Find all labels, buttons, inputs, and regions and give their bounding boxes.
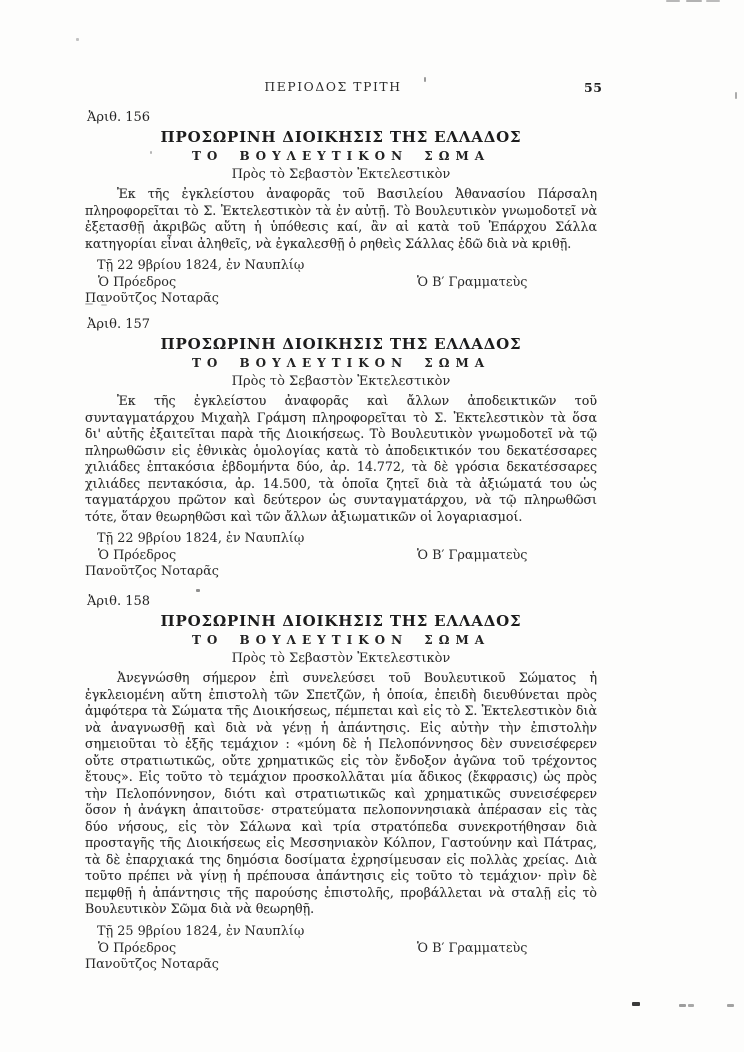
date-line: Τῇ 22 9βρίου 1824, ἐν Ναυπλίῳ [97, 258, 597, 274]
scan-speck [686, 0, 702, 2]
date-line: Τῇ 25 9βρίου 1824, ἐν Ναυπλίῳ [97, 924, 597, 940]
scan-speck [196, 589, 200, 592]
running-header-title: ΠΕΡΙΟΔΟΣ ΤΡΙΤΗ [85, 80, 581, 94]
president-label: Ὁ Πρόεδρος [98, 941, 176, 957]
date-line: Τῇ 22 9βρίου 1824, ἐν Ναυπλίῳ [97, 531, 597, 547]
scan-speck [735, 92, 737, 99]
scan-speck [85, 303, 93, 305]
scan-speck [688, 1004, 694, 1007]
document-title: ΠΡΟΣΩΡΙΝΗ ΔΙΟΙΚΗΣΙΣ ΤΗΣ ΕΛΛΑΔΟΣ [85, 128, 597, 146]
scanned-document-page: ΠΕΡΙΟΔΟΣ ΤΡΙΤΗ 55 Ἀριθ. 156 ΠΡΟΣΩΡΙΝΗ ΔΙ… [0, 0, 744, 1052]
signature-row: Ὁ Πρόεδρος Ὁ Β′ Γραμματεὺς [85, 275, 597, 291]
salutation-line: Πρὸς τὸ Σεβαστὸν Ἐκτελεστικὸν [85, 167, 597, 183]
issuing-body-heading: ΤΟ ΒΟΥΛΕΥΤΙΚΟΝ ΣΩΜΑ [85, 633, 597, 648]
signature-row: Ὁ Πρόεδρος Ὁ Β′ Γραμματεὺς [85, 548, 597, 564]
document-number: Ἀριθ. 158 [87, 594, 597, 610]
body-paragraph: Ἀνεγνώσθη σήμερον ἐπὶ συνελεύσει τοῦ Βου… [85, 670, 597, 918]
secretary-label: Ὁ Β′ Γραμματεὺς [417, 548, 527, 564]
scan-speck [706, 0, 720, 2]
scan-speck [632, 1002, 640, 1006]
salutation-line: Πρὸς τὸ Σεβαστὸν Ἐκτελεστικὸν [85, 374, 597, 390]
scan-speck [150, 151, 152, 154]
secretary-label: Ὁ Β′ Γραμματεὺς [417, 275, 527, 291]
issuing-body-heading: ΤΟ ΒΟΥΛΕΥΤΙΚΟΝ ΣΩΜΑ [85, 149, 597, 164]
scan-speck [101, 304, 107, 306]
body-paragraph: Ἐκ τῆς ἐγκλείστου ἀναφορᾶς καὶ ἄλλων ἀπο… [85, 393, 597, 525]
president-signature-name: Πανοῦτζος Νοταρᾶς [85, 291, 597, 307]
body-paragraph: Ἐκ τῆς ἐγκλείστου ἀναφορᾶς τοῦ Βασιλείου… [85, 186, 597, 252]
scan-speck [727, 1004, 734, 1007]
signature-row: Ὁ Πρόεδρος Ὁ Β′ Γραμματεὺς [85, 941, 597, 957]
document-number: Ἀριθ. 157 [87, 317, 597, 333]
scan-speck [666, 0, 680, 2]
president-signature-name: Πανοῦτζος Νοταρᾶς [85, 957, 597, 973]
secretary-label: Ὁ Β′ Γραμματεὺς [417, 941, 527, 957]
document-title: ΠΡΟΣΩΡΙΝΗ ΔΙΟΙΚΗΣΙΣ ΤΗΣ ΕΛΛΑΔΟΣ [85, 335, 597, 353]
text-column: Ἀριθ. 156 ΠΡΟΣΩΡΙΝΗ ΔΙΟΙΚΗΣΙΣ ΤΗΣ ΕΛΛΑΔΟ… [85, 106, 597, 973]
document-title: ΠΡΟΣΩΡΙΝΗ ΔΙΟΙΚΗΣΙΣ ΤΗΣ ΕΛΛΑΔΟΣ [85, 612, 597, 630]
document-157: Ἀριθ. 157 ΠΡΟΣΩΡΙΝΗ ΔΙΟΙΚΗΣΙΣ ΤΗΣ ΕΛΛΑΔΟ… [85, 317, 597, 580]
document-158: Ἀριθ. 158 ΠΡΟΣΩΡΙΝΗ ΔΙΟΙΚΗΣΙΣ ΤΗΣ ΕΛΛΑΔΟ… [85, 594, 597, 973]
president-label: Ὁ Πρόεδρος [98, 548, 176, 564]
document-156: Ἀριθ. 156 ΠΡΟΣΩΡΙΝΗ ΔΙΟΙΚΗΣΙΣ ΤΗΣ ΕΛΛΑΔΟ… [85, 110, 597, 307]
president-signature-name: Πανοῦτζος Νοταρᾶς [85, 564, 597, 580]
scan-speck [424, 77, 426, 82]
salutation-line: Πρὸς τὸ Σεβαστὸν Ἐκτελεστικὸν [85, 651, 597, 667]
president-label: Ὁ Πρόεδρος [98, 275, 176, 291]
scan-speck [679, 1004, 686, 1007]
document-number: Ἀριθ. 156 [87, 110, 597, 126]
scan-speck [76, 38, 79, 41]
issuing-body-heading: ΤΟ ΒΟΥΛΕΥΤΙΚΟΝ ΣΩΜΑ [85, 356, 597, 371]
page-number: 55 [584, 80, 602, 95]
